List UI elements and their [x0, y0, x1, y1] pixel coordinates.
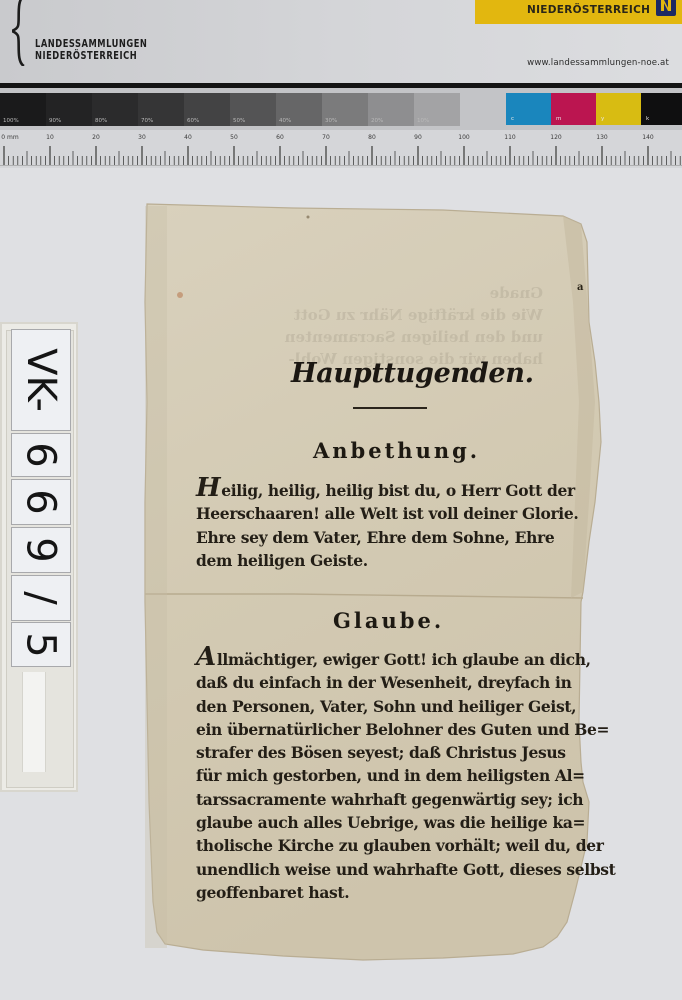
accession-tile: / — [11, 575, 71, 621]
accession-tile: 6 — [11, 479, 71, 525]
brace-logo-icon — [12, 0, 30, 66]
ruler-tick-label: 120 — [550, 134, 561, 141]
accession-character: VK- — [21, 348, 61, 412]
patch-label: 70% — [141, 118, 153, 124]
paragraph-line: unendlich weise und wahrhafte Gott, dies… — [196, 858, 581, 881]
ruler-tick-label: 130 — [596, 134, 607, 141]
ruler-tick-label: 30 — [138, 134, 146, 141]
ruler-tick-label: 50 — [230, 134, 238, 141]
holder-slot — [22, 672, 46, 772]
paragraph-line: geoffenbaret hast. — [196, 881, 581, 904]
institution-line-1: LANDESSAMMLUNGEN — [35, 38, 147, 50]
gray-patch: 90% — [46, 93, 92, 126]
ruler-unit-label: 0 mm — [1, 134, 18, 141]
gray-patch: 40% — [276, 93, 322, 126]
paragraph-line: tholische Kirche zu glauben vorhält; wei… — [196, 834, 581, 857]
page-mark: a — [577, 282, 583, 293]
show-through-text: GnadeWie die kräftige Nähr zu Gottund de… — [163, 282, 543, 432]
noe-logo-icon — [656, 0, 676, 16]
millimeter-ruler: 0 mm102030405060708090100110120130140 — [0, 130, 682, 168]
accession-tile: VK- — [11, 329, 71, 431]
historical-document-page: GnadeWie die kräftige Nähr zu Gottund de… — [143, 202, 605, 967]
grayscale-patches: 100%90%80%70%60%50%40%30%20%10% — [0, 93, 460, 126]
show-through-line: Gnade — [163, 282, 543, 304]
gray-patch: 80% — [92, 93, 138, 126]
accession-character: 5 — [21, 632, 61, 657]
accession-character: / — [21, 591, 61, 604]
badge-label: NIEDERÖSTERREICH — [527, 4, 650, 16]
ruler-tick-label: 60 — [276, 134, 284, 141]
accession-tile: 9 — [11, 527, 71, 573]
paragraph-line: den Personen, Vater, Sohn und heiliger G… — [196, 695, 581, 718]
paragraph-line: tarssacramente wahrhaft gegenwärtig sey;… — [196, 788, 581, 811]
patch-label: 20% — [371, 118, 383, 124]
patch-label: m — [556, 116, 561, 122]
patch-label: 90% — [49, 118, 61, 124]
paragraph-line: Heerschaaren! alle Welt ist voll deiner … — [196, 502, 581, 525]
cmyk-patches: cmyk — [506, 93, 682, 125]
paragraph-line: glaube auch alles Uebrige, was die heili… — [196, 811, 581, 834]
patch-label: 60% — [187, 118, 199, 124]
patch-label: 40% — [279, 118, 291, 124]
document-title: Haupttugenden. — [291, 358, 534, 389]
website-url: www.landessammlungen-noe.at — [527, 58, 669, 68]
line-text: llmächtiger, ewiger Gott! ich glaube an … — [217, 650, 591, 669]
section-paragraph-glaube: Allmächtiger, ewiger Gott! ich glaube an… — [196, 648, 581, 904]
section-paragraph-anbethung: Heilig, heilig, heilig bist du, o Herr G… — [196, 479, 581, 572]
ruler-tick-label: 110 — [504, 134, 515, 141]
institution-line-2: NIEDERÖSTERREICH — [35, 50, 147, 62]
patch-label: 50% — [233, 118, 245, 124]
ruler-ticks — [0, 130, 682, 168]
line-text: eilig, heilig, heilig bist du, o Herr Go… — [221, 481, 575, 500]
patch-label: 100% — [3, 118, 19, 124]
accession-character: 6 — [21, 442, 61, 467]
paragraph-line: dem heiligen Geiste. — [196, 549, 581, 572]
gray-patch: 100% — [0, 93, 46, 126]
show-through-line: Wie die kräftige Nähr zu Gott — [163, 304, 543, 326]
accession-tile: 5 — [11, 622, 71, 667]
title-rule — [353, 407, 427, 409]
gray-patch: 20% — [368, 93, 414, 126]
paragraph-line: Allmächtiger, ewiger Gott! ich glaube an… — [196, 648, 581, 671]
paragraph-line: strafer des Bösen seyest; daß Christus J… — [196, 741, 581, 764]
patch-label: 80% — [95, 118, 107, 124]
show-through-line: und den heiligen Sacramenten — [163, 326, 543, 348]
patch-label: y — [601, 116, 604, 122]
paragraph-line: Ehre sey dem Vater, Ehre dem Sohne, Ehre — [196, 526, 581, 549]
section-heading-anbethung: Anbethung. — [313, 438, 480, 463]
paragraph-line: ein übernatürlicher Belohner des Guten u… — [196, 718, 581, 741]
patch-label: k — [646, 116, 649, 122]
ruler-tick-label: 40 — [184, 134, 192, 141]
ruler-tick-label: 10 — [46, 134, 54, 141]
accession-character: 9 — [21, 537, 61, 562]
ruler-tick-label: 90 — [414, 134, 422, 141]
gray-patch: 60% — [184, 93, 230, 126]
gray-patch: 70% — [138, 93, 184, 126]
state-badge: NIEDERÖSTERREICH — [475, 0, 682, 24]
ruler-tick-label: 70 — [322, 134, 330, 141]
ruler-tick-label: 20 — [92, 134, 100, 141]
museum-header: LANDESSAMMLUNGEN NIEDERÖSTERREICH NIEDER… — [0, 0, 682, 84]
accession-character: 6 — [21, 489, 61, 514]
paragraph-line: Heilig, heilig, heilig bist du, o Herr G… — [196, 479, 581, 502]
ruler-tick-label: 80 — [368, 134, 376, 141]
paragraph-line: für mich gestorben, und in dem heiligste… — [196, 764, 581, 787]
patch-label: c — [511, 116, 514, 122]
cmyk-patch: c — [506, 93, 551, 125]
accession-tile: 6 — [11, 433, 71, 477]
ruler-tick-label: 100 — [458, 134, 469, 141]
paragraph-line: daß du einfach in der Wesenheit, dreyfac… — [196, 671, 581, 694]
dropcap: H — [196, 473, 220, 503]
dropcap: A — [196, 642, 216, 672]
cmyk-patch: k — [641, 93, 682, 125]
cmyk-patch: m — [551, 93, 596, 125]
cmyk-patch: y — [596, 93, 641, 125]
patch-label: 10% — [417, 118, 429, 124]
document-text: GnadeWie die kräftige Nähr zu Gottund de… — [143, 202, 605, 967]
section-heading-glaube: Glaube. — [333, 608, 444, 633]
gray-patch: 50% — [230, 93, 276, 126]
color-calibration-target: 100%90%80%70%60%50%40%30%20%10% cmyk 0 m… — [0, 88, 682, 168]
institution-wordmark: LANDESSAMMLUNGEN NIEDERÖSTERREICH — [35, 38, 147, 62]
gray-patch: 30% — [322, 93, 368, 126]
gray-patch: 10% — [414, 93, 460, 126]
patch-label: 30% — [325, 118, 337, 124]
ruler-tick-label: 140 — [642, 134, 653, 141]
